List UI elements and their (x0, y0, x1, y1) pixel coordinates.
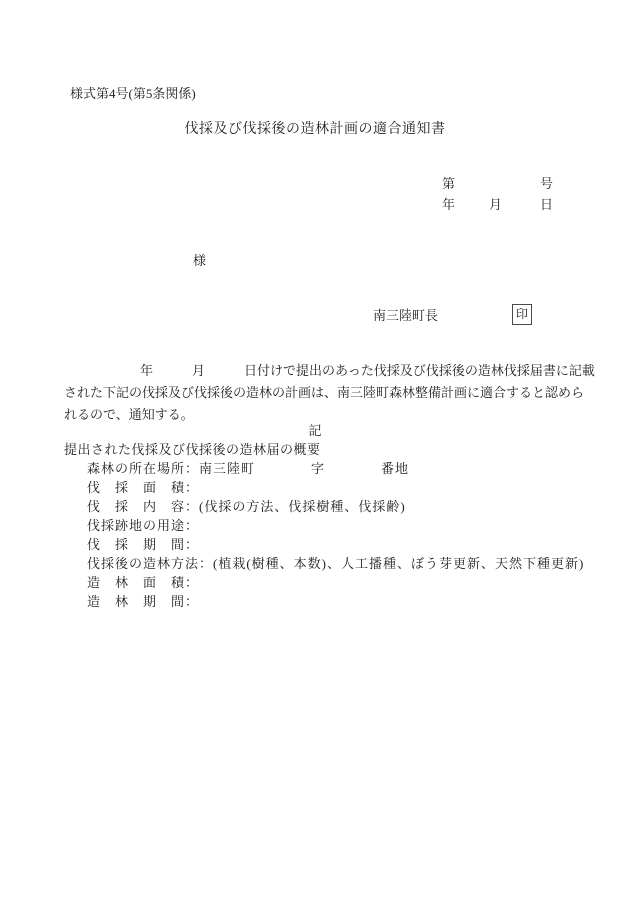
summary-item-land-use: 伐採跡地の用途： (87, 517, 199, 535)
body-line-2: された下記の伐採及び伐採後の造林の計画は、南三陸町森林整備計画に適合すると認めら (64, 384, 584, 402)
summary-item-reforestation-method: 伐採後の造林方法：(植栽(樹種、本数)、人工播種、ぼう芽更新、天然下種更新) (87, 555, 584, 573)
date-month-label: 月 (489, 196, 502, 214)
doc-number-suffix: 号 (540, 175, 553, 193)
body-line-1: 年 月 日付けで提出のあった伐採及び伐採後の造林伐採届書に記載 (140, 362, 595, 380)
record-marker: 記 (0, 422, 630, 440)
doc-number-prefix: 第 (442, 175, 455, 193)
summary-item-reforestation-area: 造 林 面 積： (87, 574, 199, 592)
form-number: 様式第4号(第5条関係) (70, 85, 196, 103)
summary-item-felling-period: 伐 採 期 間： (87, 536, 199, 554)
date-day-label: 日 (540, 196, 553, 214)
summary-heading: 提出された伐採及び伐採後の造林届の概要 (64, 441, 321, 459)
document-title: 伐採及び伐採後の造林計画の適合通知書 (0, 121, 630, 139)
sender-name: 南三陸町長 (373, 307, 438, 325)
date-year-label: 年 (442, 196, 455, 214)
summary-item-location: 森林の所在場所：南三陸町 字 番地 (87, 460, 409, 478)
summary-item-reforestation-period: 造 林 期 間： (87, 593, 199, 611)
addressee-honorific: 様 (193, 252, 206, 270)
document-page: 様式第4号(第5条関係) 伐採及び伐採後の造林計画の適合通知書 第 号 年 月 … (0, 0, 630, 915)
seal-character: 印 (516, 307, 528, 321)
summary-item-felling-content: 伐 採 内 容：(伐採の方法、伐採樹種、伐採齢) (87, 498, 406, 516)
seal-mark: 印 (512, 304, 532, 325)
summary-item-felling-area: 伐 採 面 積： (87, 479, 199, 497)
